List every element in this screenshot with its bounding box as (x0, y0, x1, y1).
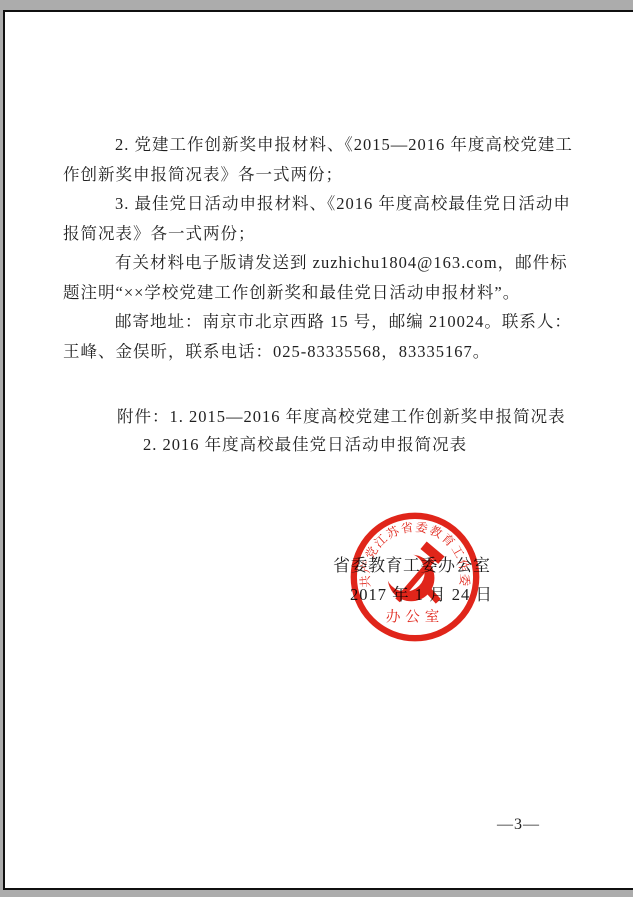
body-line: 3. 最佳党日活动申报材料、《2016 年度高校最佳党日活动申 (115, 190, 571, 214)
page-number: —3— (497, 816, 540, 834)
document-page: 2. 党建工作创新奖申报材料、《2015—2016 年度高校党建工 作创新奖申报… (3, 10, 633, 890)
body-line: 邮寄地址：南京市北京西路 15 号，邮编 210024。联系人： (115, 308, 572, 332)
body-line: 作创新奖申报简况表》各一式两份； (63, 161, 343, 185)
seal-office-text: 办公室 (386, 609, 444, 626)
body-line: 报简况表》各一式两份； (63, 220, 256, 244)
hammer-and-sickle-icon (386, 542, 445, 602)
body-line: 2. 党建工作创新奖申报材料、《2015—2016 年度高校党建工 (115, 131, 573, 155)
attachment-line: 附件：1. 2015—2016 年度高校党建工作创新奖申报简况表 (117, 403, 566, 427)
body-line: 有关材料电子版请发送到 zuzhichu1804@163.com，邮件标 (115, 249, 568, 273)
attachment-line: 2. 2016 年度高校最佳党日活动申报简况表 (143, 431, 467, 455)
body-line: 题注明“××学校党建工作创新奖和最佳党日活动申报材料”。 (63, 279, 520, 303)
body-line: 王峰、金俣昕，联系电话：025-83335568，83335167。 (63, 338, 490, 362)
official-seal: 中国共产党江苏省委教育工作委员会 办公室 (345, 509, 485, 645)
